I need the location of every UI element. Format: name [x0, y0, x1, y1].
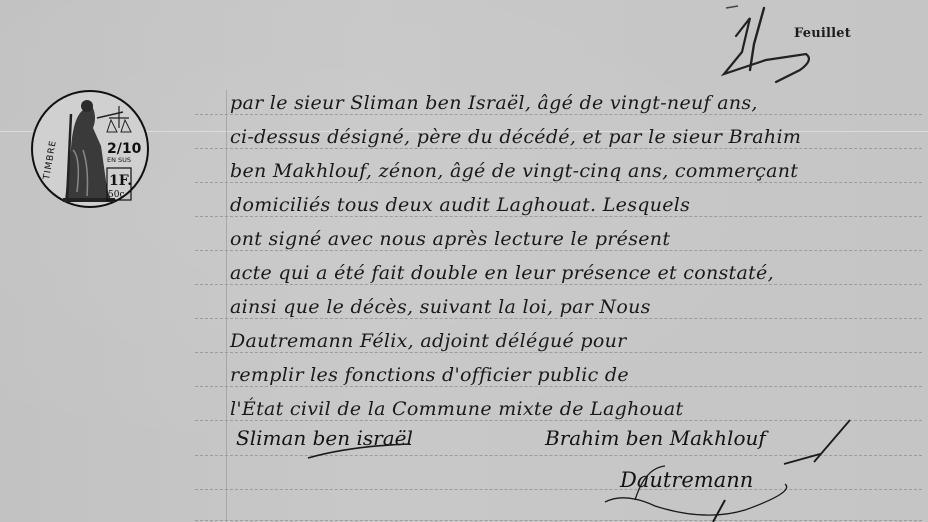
ruled-line: [195, 489, 922, 490]
signature-sliman: Sliman ben israël: [236, 426, 413, 450]
ruled-line: [195, 455, 922, 456]
ruled-line: [195, 182, 922, 183]
svg-text:EN SUS: EN SUS: [107, 156, 131, 164]
ruled-line: [195, 352, 922, 353]
body-line-1: par le sieur Sliman ben Israël, âgé de v…: [230, 92, 920, 114]
feuillet-label: Feuillet: [794, 26, 851, 41]
body-line-8: Dautremann Félix, adjoint délégué pour: [230, 330, 920, 352]
ruled-line: [195, 318, 922, 319]
ruled-line: [195, 386, 922, 387]
signature-officer: Dautremann: [620, 468, 753, 492]
body-line-2: ci-dessus désigné, père du décédé, et pa…: [230, 126, 920, 148]
ruled-line: [195, 520, 922, 521]
ruled-line: [195, 250, 922, 251]
body-line-5: ont signé avec nous après lecture le pré…: [230, 228, 920, 250]
register-page: Feuillet 2/10 EN SUS 1F. 50c TIMBRE par …: [0, 0, 928, 522]
signature-flourish: [780, 418, 860, 468]
margin-line: [226, 90, 227, 522]
body-line-9: remplir les fonctions d'officier public …: [230, 364, 920, 386]
svg-text:1F.: 1F.: [109, 173, 132, 189]
svg-text:50c: 50c: [108, 190, 125, 200]
ruled-line: [195, 420, 922, 421]
timbre-stamp: 2/10 EN SUS 1F. 50c TIMBRE: [27, 88, 153, 210]
ruled-line: [195, 114, 922, 115]
body-line-4: domiciliés tous deux audit Laghouat. Les…: [230, 194, 920, 216]
ruled-line: [195, 148, 922, 149]
folio-number-handwritten: [716, 4, 811, 84]
body-line-10: l'État civil de la Commune mixte de Lagh…: [230, 398, 920, 420]
ruled-line: [195, 216, 922, 217]
body-line-7: ainsi que le décès, suivant la loi, par …: [230, 296, 920, 318]
signature-brahim: Brahim ben Makhlouf: [545, 426, 766, 450]
body-line-6: acte qui a été fait double en leur prése…: [230, 262, 920, 284]
ruled-line: [195, 284, 922, 285]
svg-text:2/10: 2/10: [107, 141, 142, 157]
body-line-3: ben Makhlouf, zénon, âgé de vingt-cinq a…: [230, 160, 920, 182]
